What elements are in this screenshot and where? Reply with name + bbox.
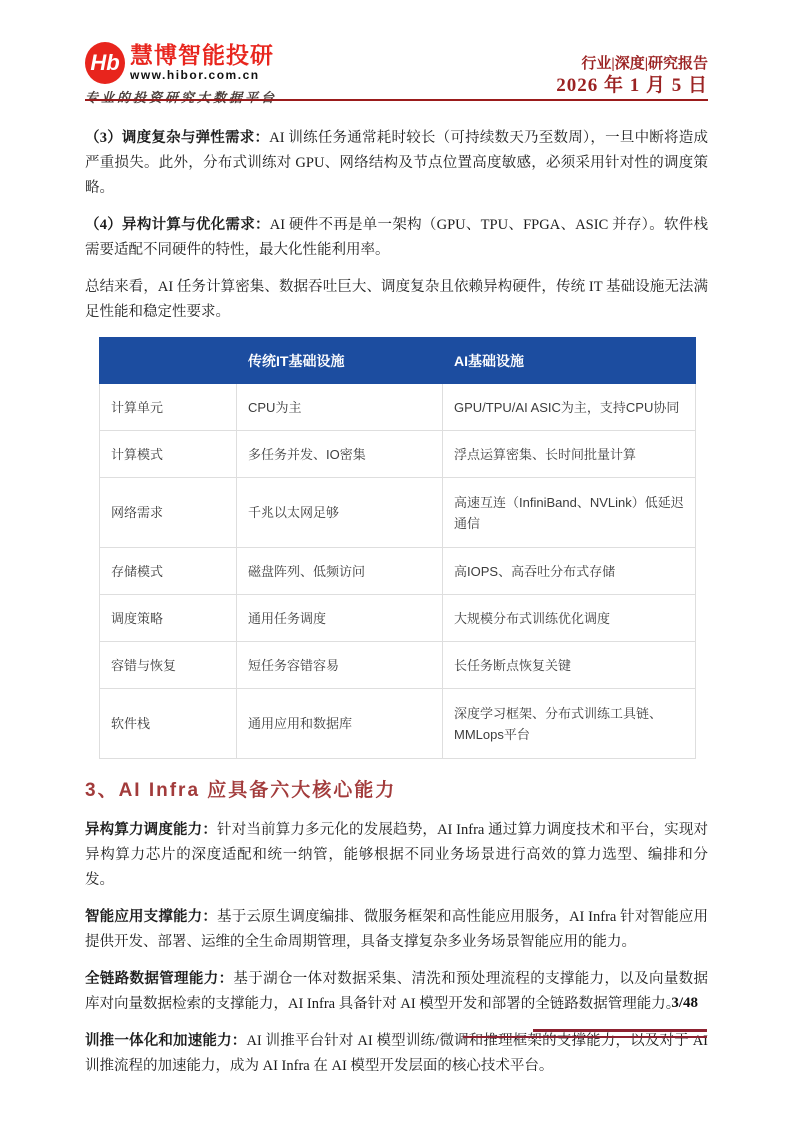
table-cell: 网络需求 [100,478,237,548]
table-cell: 软件栈 [100,689,237,759]
paragraph-lead: 智能应用支撑能力： [85,909,217,925]
table-header-row: 传统IT基础设施 AI基础设施 [100,338,696,384]
paragraph-summary: 总结来看，AI 任务计算密集、数据吞吐巨大、调度复杂且依赖异构硬件，传统 IT … [85,275,708,325]
paragraph-capability-compute-scheduling: 异构算力调度能力：针对当前算力多元化的发展趋势，AI Infra 通过算力调度技… [85,818,708,893]
table-cell: 计算单元 [100,384,237,431]
table-cell: 多任务并发、IO密集 [237,431,443,478]
paragraph-scheduling-need: （3）调度复杂与弹性需求：AI 训练任务通常耗时较长（可持续数天乃至数周），一旦… [85,126,708,201]
table-header-traditional-it: 传统IT基础设施 [237,338,443,384]
paragraph-lead: （3）调度复杂与弹性需求： [85,130,269,146]
report-date: 2026 年 1 月 5 日 [556,74,708,98]
logo-row: Hb 慧博智能投研 www.hibor.com.cn [85,42,277,84]
logo-texts: 慧博智能投研 www.hibor.com.cn [130,42,274,82]
table-cell: 存储模式 [100,548,237,595]
table-cell: 高IOPS、高吞吐分布式存储 [443,548,696,595]
table-row: 网络需求 千兆以太网足够 高速互连（InfiniBand、NVLink）低延迟通… [100,478,696,548]
paragraph-capability-app-support: 智能应用支撑能力：基于云原生调度编排、微服务框架和高性能应用服务，AI Infr… [85,905,708,955]
table-header-ai-infra: AI基础设施 [443,338,696,384]
table-cell: 高速互连（InfiniBand、NVLink）低延迟通信 [443,478,696,548]
paragraph-heterogeneous-need: （4）异构计算与优化需求：AI 硬件不再是单一架构（GPU、TPU、FPGA、A… [85,213,708,263]
paragraph-lead: （4）异构计算与优化需求： [85,217,270,233]
table-cell: 计算模式 [100,431,237,478]
table-row: 计算模式 多任务并发、IO密集 浮点运算密集、长时间批量计算 [100,431,696,478]
paragraph-lead: 异构算力调度能力： [85,822,217,838]
body-content: （3）调度复杂与弹性需求：AI 训练任务通常耗时较长（可持续数天乃至数周），一旦… [85,126,708,1091]
table-cell: GPU/TPU/AI ASIC为主，支持CPU协同 [443,384,696,431]
table-cell: 磁盘阵列、低频访问 [237,548,443,595]
table-cell: 容错与恢复 [100,642,237,689]
header-right: 行业|深度|研究报告 2026 年 1 月 5 日 [556,42,708,98]
table-cell: 短任务容错容易 [237,642,443,689]
table-row: 计算单元 CPU为主 GPU/TPU/AI ASIC为主，支持CPU协同 [100,384,696,431]
table-row: 存储模式 磁盘阵列、低频访问 高IOPS、高吞吐分布式存储 [100,548,696,595]
it-vs-ai-infra-table: 传统IT基础设施 AI基础设施 计算单元 CPU为主 GPU/TPU/AI AS… [99,337,696,759]
report-type-label: 行业|深度|研究报告 [556,54,708,74]
brand-tagline: 专业的投资研究大数据平台 [85,87,277,106]
table-cell: 通用应用和数据库 [237,689,443,759]
table-row: 调度策略 通用任务调度 大规模分布式训练优化调度 [100,595,696,642]
table-row: 软件栈 通用应用和数据库 深度学习框架、分布式训练工具链、MMLops平台 [100,689,696,759]
page-number: 3/48 [671,995,698,1012]
table-header-empty [100,338,237,384]
section-heading-ai-infra-capabilities: 3、AI Infra 应具备六大核心能力 [85,775,708,802]
table-row: 容错与恢复 短任务容错容易 长任务断点恢复关键 [100,642,696,689]
paragraph-text: 总结来看，AI 任务计算密集、数据吞吐巨大、调度复杂且依赖异构硬件，传统 IT … [85,279,708,320]
paragraph-lead: 全链路数据管理能力： [85,971,233,987]
table-cell: 浮点运算密集、长时间批量计算 [443,431,696,478]
hibor-logo-icon: Hb [85,42,125,84]
paragraph-capability-data-management: 全链路数据管理能力：基于湖仓一体对数据采集、清洗和预处理流程的支撑能力，以及向量… [85,967,708,1017]
table-cell: 大规模分布式训练优化调度 [443,595,696,642]
report-page: Hb 慧博智能投研 www.hibor.com.cn 专业的投资研究大数据平台 … [0,0,794,1123]
paragraph-lead: 训推一体化和加速能力： [85,1033,246,1049]
table-cell: 深度学习框架、分布式训练工具链、MMLops平台 [443,689,696,759]
footer-divider-thin [463,1036,707,1038]
footer-divider-thick [533,1029,707,1032]
table-cell: 千兆以太网足够 [237,478,443,548]
brand-website: www.hibor.com.cn [130,68,274,82]
header-divider [85,99,708,101]
table-cell: 调度策略 [100,595,237,642]
table-cell: CPU为主 [237,384,443,431]
table-cell: 长任务断点恢复关键 [443,642,696,689]
table-cell: 通用任务调度 [237,595,443,642]
brand-logo: Hb 慧博智能投研 www.hibor.com.cn 专业的投资研究大数据平台 [85,42,277,106]
brand-name: 慧博智能投研 [130,42,274,68]
page-header: Hb 慧博智能投研 www.hibor.com.cn 专业的投资研究大数据平台 … [85,42,708,106]
